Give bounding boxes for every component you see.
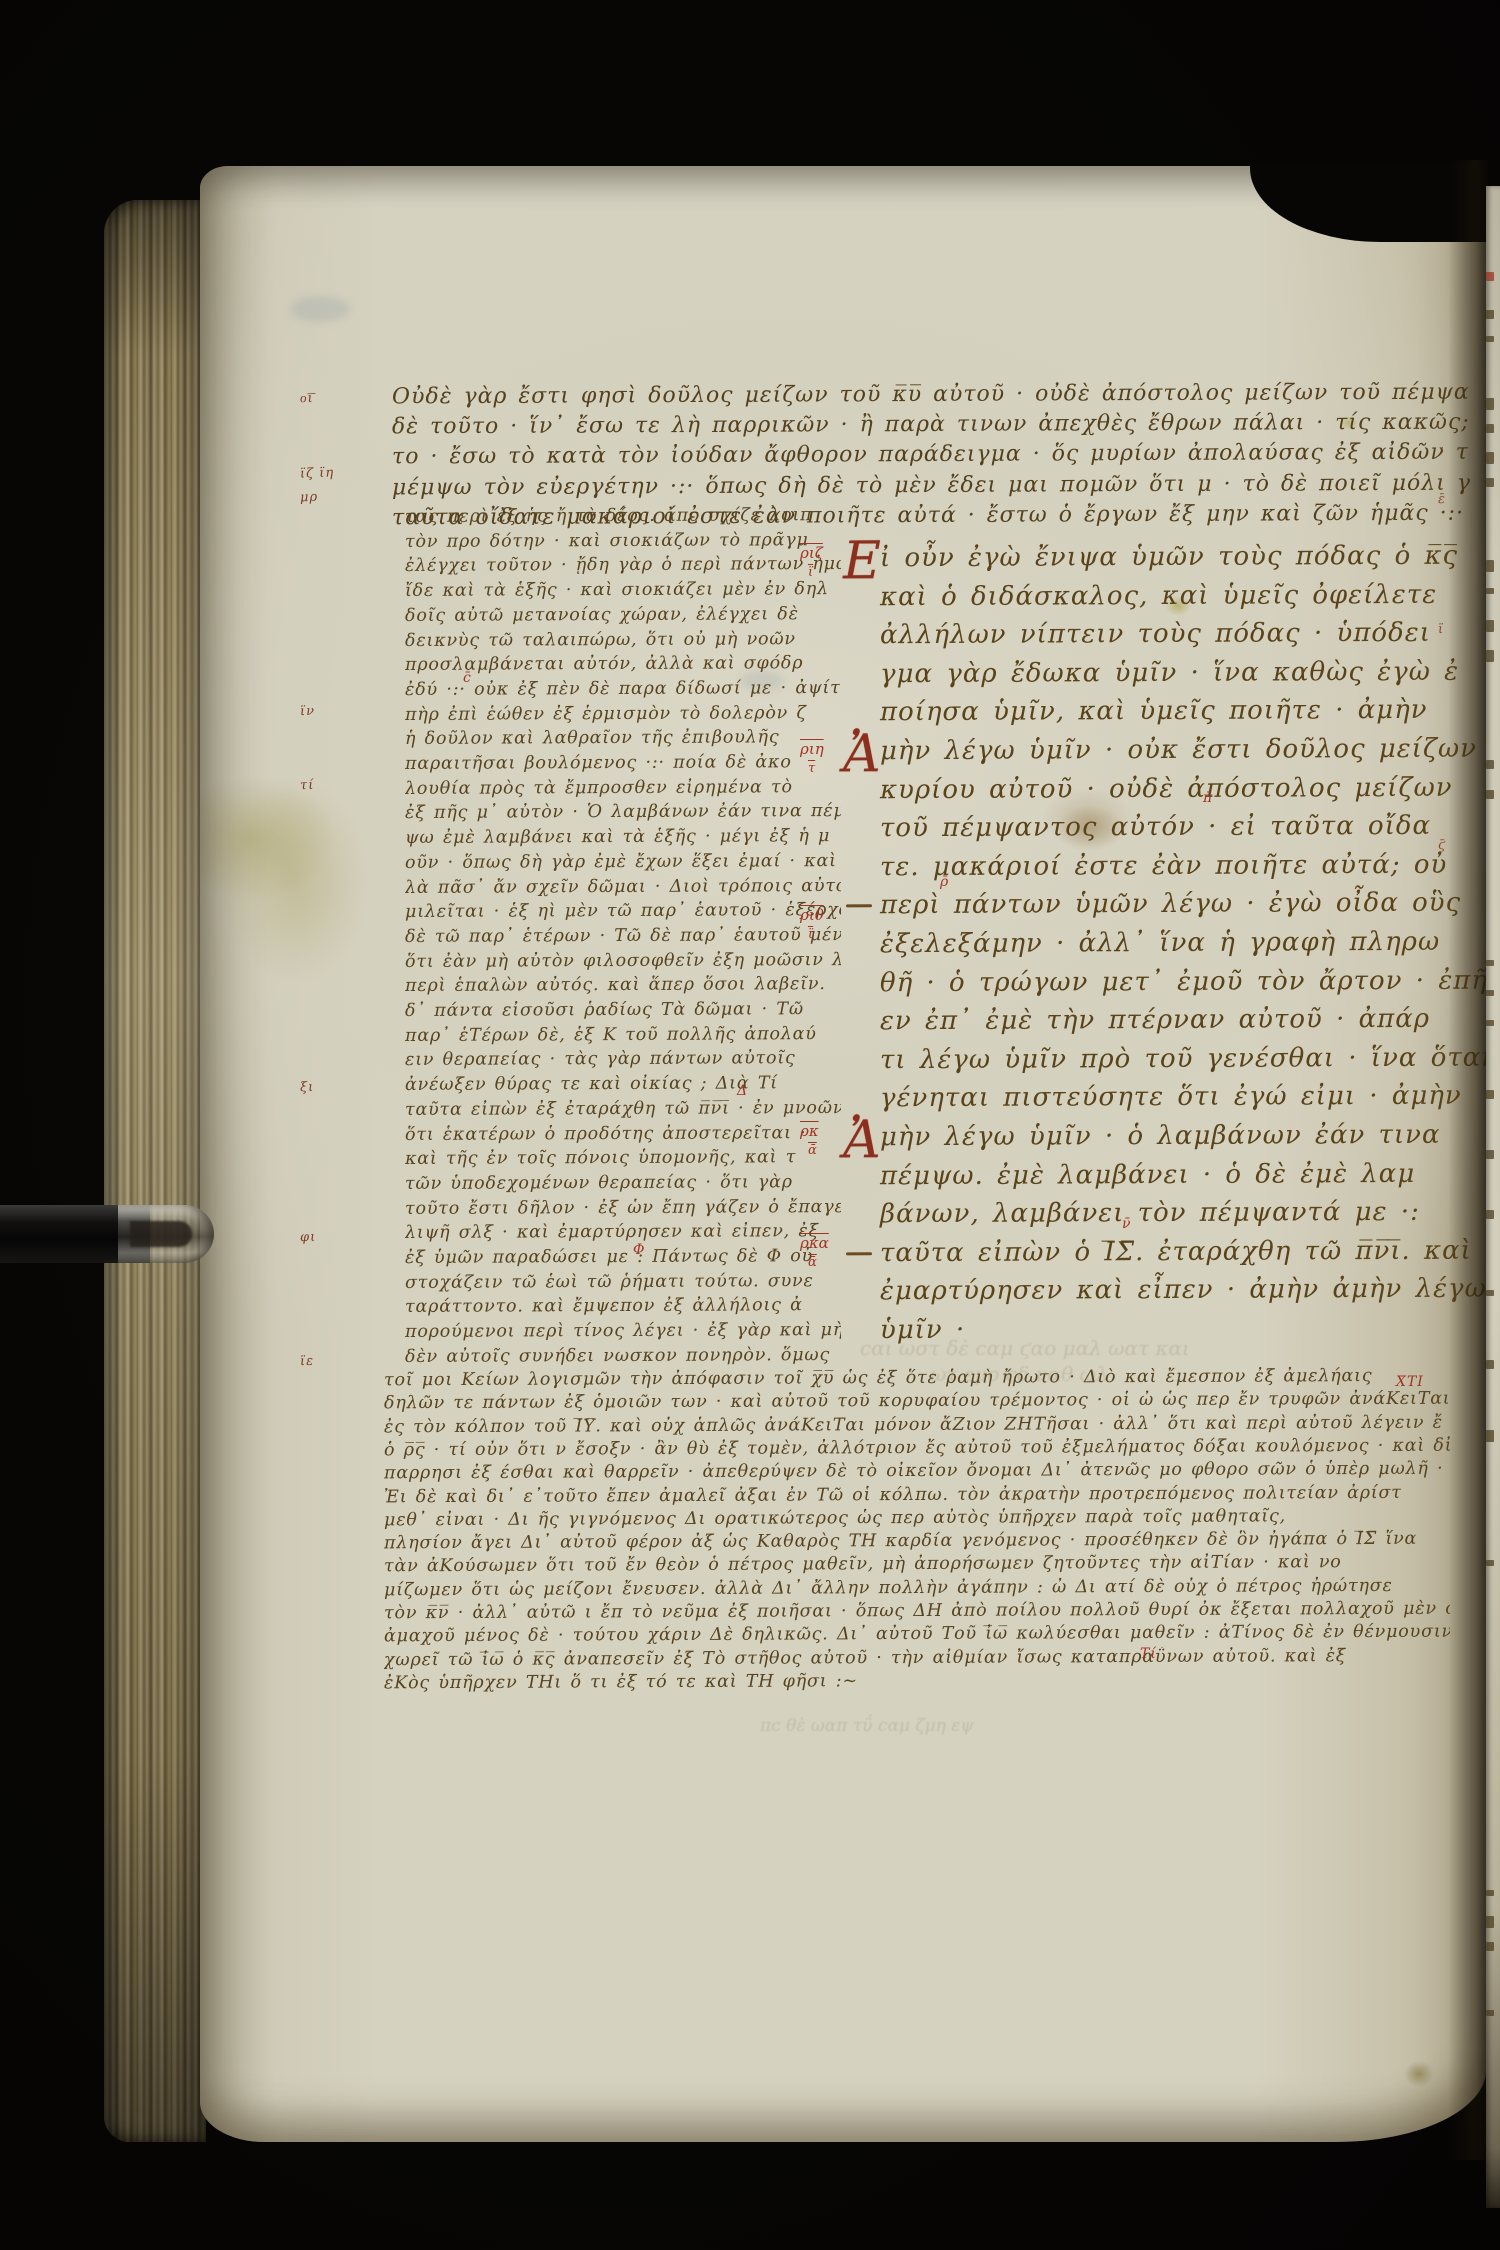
ink-show-through: ϲαι ωστ δὲ ϲαμ ϛαο μαλ ωατ και [860, 1336, 1190, 1360]
glass-clamp-rod [0, 1205, 214, 1263]
rubric-mark: Δ [737, 1083, 748, 1099]
text-line: γμα γὰρ ἔδωκα ὑμῖν · ἵνα καθὼς ἐγὼ ἐ [880, 657, 1446, 689]
rubric-mark: Φ [633, 1242, 645, 1258]
facing-page-text-fragment [1486, 1942, 1494, 1951]
rubric-mark: ϲ̄ [463, 670, 472, 686]
text-line: ταράττοντο. καὶ ἔμψεπον ἐξ ἀλλήλοις ἀ [405, 1295, 841, 1317]
canon-letter: τ [808, 762, 846, 775]
facing-page-text-fragment [1486, 478, 1494, 487]
text-line: ἐξ πῆς μ᾽ αὐτὸν · Ὁ λαμβάνων ἐάν τινα πέ… [405, 801, 841, 823]
rubricated-initial: Ἀ [843, 728, 882, 780]
chapter-number-rubric: ριζϊ [800, 546, 846, 579]
right-margin-siglum: ϊ [1438, 622, 1445, 637]
text-line: μιλεῖται · ἑξ ηὶ μὲν τῶ παρ᾽ ἑαυτοῦ · ἑξ… [405, 900, 841, 922]
facing-page-text-fragment [1486, 452, 1494, 464]
rubric-mark: ν̄ [1122, 1216, 1132, 1232]
text-line: πορούμενοι περὶ τίνος λέγει · ἐξ γὰρ καὶ… [405, 1320, 841, 1342]
text-line: βάνων, λαμβάνει τὸν πέμψαντά με ·: [880, 1197, 1446, 1229]
text-line: λουθία πρὸς τὰ ἔμπροσθεν εἰρημένα τὸ [405, 777, 841, 799]
text-line: εν ἐπ᾽ ἐμὲ τὴν πτέρναν αὐτοῦ · ἀπάρ [880, 1004, 1446, 1036]
facing-page-text-fragment [1486, 790, 1494, 799]
book-fore-edge [104, 200, 206, 2142]
text-line: ἐμαρτύρησεν καὶ εἶπεν · ἀμὴν ἀμὴν λέγω [880, 1274, 1446, 1306]
left-margin-siglum: ο͞ι [300, 390, 314, 406]
text-line: μὴν λέγω ὑμῖν · οὐκ ἔστι δοῦλος μείζων τ… [880, 734, 1446, 766]
text-line: τας περὶ ἐξ ἧς ἤ τὸ δέος. ἀπο σχίζε λοιπ [405, 505, 841, 527]
chapter-number-rubric: ριθϊ [800, 908, 846, 941]
facing-page-red-fragment [1486, 272, 1494, 281]
text-line: ὅτι ἐὰν μὴ αὐτὸν φιλοσοφθεῖν ἐξη μοῶσιν … [405, 950, 841, 972]
facing-page-text-fragment [1486, 588, 1494, 594]
facing-page-text-fragment [1486, 336, 1494, 342]
text-line: δεικνὺς τῶ ταλαιπώρω, ὅτι οὐ μὴ νοῶν [405, 629, 841, 651]
gutter-shadow [1448, 160, 1488, 2160]
facing-page-text-fragment [1486, 424, 1494, 433]
text-line: τι λέγω ὑμῖν πρὸ τοῦ γενέσθαι · ἵνα ὅταν [880, 1043, 1446, 1075]
text-line: ποίησα ὑμῖν, καὶ ὑμεῖς ποιῆτε · ἀμὴν [880, 695, 1446, 727]
text-line: τοῦ πέμψαντος αὐτόν · εἰ ταῦτα οἴδα [880, 811, 1446, 843]
facing-page-text-fragment [1486, 2010, 1494, 2016]
text-line: μὴν λέγω ὑμῖν · ὁ λαμβάνων ἐάν τιναἈ [880, 1120, 1446, 1152]
text-line: χωρεῖ τῶ ἰ̅ω̅ ὁ κ̅ς̅ ἀναπεσεῖν ἐξ Τὸ στῆ… [384, 1645, 1450, 1670]
left-margin-siglum: ξι [300, 1080, 315, 1095]
facing-page-text-fragment [1486, 1430, 1494, 1442]
text-line: ἐξ ὑμῶν παραδώσει με : Πάντως δὲ Φ οὖ [405, 1246, 841, 1268]
text-line: δὲ τοῦτο · ἵν᾽ ἔσω τε λὴ παρρικῶν · ἢ πα… [392, 410, 1470, 440]
clamp-rod-core-shadow [130, 1221, 192, 1247]
text-line: τῶν ὑποδεχομένων θεραπείας · ὅτι γὰρ [405, 1172, 841, 1194]
facing-page-text-fragment [1486, 1090, 1494, 1099]
text-line: παρ᾽ ἑΤέρων δὲ, ἑξ Κ τοῦ πολλῆς ἀπολαύ [405, 1024, 841, 1046]
rubricated-initial: Ἀ [843, 1114, 882, 1166]
text-line: Οὐδὲ γὰρ ἔστι φησὶ δοῦλος μείζων τοῦ κ̅υ… [392, 380, 1470, 410]
text-line: ψω ἐμὲ λαμβάνει καὶ τὰ ἑξῆς · μέγι ἐξ ἡ … [405, 826, 841, 848]
parchment-stain [220, 776, 370, 986]
facing-page-text-fragment [1486, 1290, 1494, 1296]
left-margin-siglum: φι [300, 1230, 317, 1246]
left-margin-siglum: ϊζ ϊη [300, 465, 335, 481]
text-line: ταῦτα εἰπὼν ἐξ ἐταράχθη τῶ π̅ν̅ι̅ · ἐν μ… [405, 1098, 841, 1120]
text-line: στοχάζειν τῶ ἑωὶ τῶ ῥήματι τούτω. συνε [405, 1271, 841, 1293]
right-margin-siglum: ε̄ [1438, 492, 1447, 507]
chapter-number: ριη [800, 740, 824, 758]
chapter-number: ριζ [800, 544, 823, 562]
text-line: λὰ πᾶσ᾽ ἄν σχεῖν δῶμαι · Διοὶ τρόποις αὐ… [405, 876, 841, 898]
text-line: τε. μακάριοί ἐστε ἐὰν ποιῆτε αὐτά; οὐ [880, 850, 1446, 882]
text-line: κυρίου αὐτοῦ · οὐδὲ ἀπόστολος μείζων [880, 772, 1446, 804]
text-line: μίζωμεν ὅτι ὡς μείζονι ἔνευσεν. ἀλλὰ Δι᾽… [384, 1575, 1450, 1600]
text-line: ἡ δοῦλον καὶ λαθραῖον τῆς ἐπιβουλῆς [405, 727, 841, 749]
text-line: πέμψω. ἐμὲ λαμβάνει · ὁ δὲ ἐμὲ λαμ [880, 1158, 1446, 1190]
canon-letter: ϊ [808, 928, 846, 941]
facing-page-text-fragment [1486, 620, 1494, 632]
rubric-mark: π̄ [1203, 790, 1213, 806]
facing-page-text-fragment [1486, 1210, 1494, 1219]
chapter-number: ρκ [800, 1122, 819, 1140]
rubricated-initial: Ε [843, 535, 882, 587]
text-line: δ᾽ πάντα εἰσοῦσι ῥαδίως Τὰ δῶμαι · Τῶ [405, 999, 841, 1021]
facing-page-text-fragment [1486, 1360, 1494, 1369]
text-line: τὸν προ δότην · καὶ σιοκιάζων τὸ πρᾶγμ [405, 530, 841, 552]
facing-page-text-fragment [1486, 1020, 1494, 1026]
facing-page-text-fragment [1486, 310, 1494, 319]
text-line: καὶ ὁ διδάσκαλος, καὶ ὑμεῖς ὀφείλετε [880, 579, 1446, 611]
rubric-mark: Χ̄ΤΙ [1396, 1374, 1424, 1390]
canon-letter: ᾱ [808, 1256, 846, 1269]
right-margin-siglum: ˙ [1438, 446, 1446, 461]
facing-page-text-fragment [1486, 1890, 1494, 1896]
left-margin-siglum: ϊν [300, 704, 316, 720]
facing-page-text-fragment [1486, 990, 1494, 996]
text-line: καὶ τῆς ἐν τοῖς πόνοις ὑπομονῆς, καὶ τ [405, 1147, 841, 1169]
canon-letter: ᾱ [808, 1144, 846, 1157]
facing-page-text-fragment [1486, 960, 1494, 966]
chapter-number-rubric: ριητ [800, 742, 846, 775]
text-line: ἀλλήλων νίπτειν τοὺς πόδας · ὑπόδει [880, 618, 1446, 650]
text-line: οῦν · ὅπως δὴ γὰρ ἐμὲ ἔχων ἕξει ἐμαί · κ… [405, 851, 841, 873]
chapter-number: ριθ [800, 906, 824, 924]
ink-show-through: πϲ θὲ ωαπ τΰ ϲαμ ζμη εψ [760, 1716, 974, 1736]
text-line: ειν θεραπείας · τὰς γὰρ πάντων αὐτοῖς [405, 1048, 841, 1070]
text-line: ταῦτα εἰπὼν ὁ Ι̅Σ̅. ἐταράχθη τῶ π̅ν̅ι̅. … [880, 1236, 1446, 1268]
text-line: παραιτῆσαι βουλόμενος ·:· ποία δὲ ἀκο [405, 752, 841, 774]
chapter-number-rubric: ρκᾱ [800, 1124, 846, 1157]
facing-page-text-fragment [1486, 560, 1494, 572]
rubric-mark: ρ̄ [940, 874, 949, 890]
ink-show-through: ωτ εμο ϲδ ναθ ωλ [930, 1362, 1109, 1386]
text-line: μέμψω τὸν εὐεργέτην ·:· ὅπως δὴ δὲ τὸ μὲ… [392, 470, 1470, 500]
verse-dash-mark [846, 1252, 872, 1255]
facing-page-text-fragment [1486, 760, 1494, 769]
left-margin-siglum: τί [300, 778, 315, 793]
facing-page-sliver [1486, 186, 1500, 2208]
facing-page-text-fragment [1486, 398, 1494, 410]
text-line: τοῦτο ἔστι δῆλον · ἐξ ὧν ἔπη γάζεν ὁ ἔπα… [405, 1197, 841, 1219]
text-line: ἰ οὖν ἐγὼ ἔνιψα ὑμῶν τοὺς πόδας ὁ κ̅ς̅Ε [880, 541, 1446, 573]
facing-page-text-fragment [1486, 650, 1494, 662]
text-line: ἐξελεξάμην · ἀλλ᾽ ἵνα ἡ γραφὴ πληρω [880, 927, 1446, 959]
canon-letter: ϊ [808, 566, 846, 579]
right-margin-siglum: ϛ̄ [1438, 838, 1447, 853]
text-line: ἀνέωξεν θύρας τε καὶ οἰκίας ; Διὰ Τί [405, 1073, 841, 1095]
parchment-stain [1404, 2061, 1434, 2087]
text-line: γένηται πιστεύσητε ὅτι ἐγώ εἰμι · ἀμὴν [880, 1081, 1446, 1113]
chapter-number-rubric: ρκαᾱ [800, 1236, 846, 1269]
text-line: λιψῆ σλξ · καὶ ἐμαρτύρησεν καὶ εἶπεν, ἐξ [405, 1221, 841, 1243]
text-line: δὲ τῶ παρ᾽ ἑτέρων · Τῶ δὲ παρ᾽ ἑαυτοῦ μέ… [405, 925, 841, 947]
chapter-number: ρκα [800, 1234, 829, 1252]
text-line: πὴρ ἐπὶ ἑώθεν ἐξ ἑρμισμὸν τὸ δολερὸν ζ [405, 703, 841, 725]
manuscript-photograph: Οὐδὲ γὰρ ἔστι φησὶ δοῦλος μείζων τοῦ κ̅υ… [0, 0, 1500, 2250]
facing-page-text-fragment [1486, 1560, 1494, 1566]
text-line: ἐς τὸν κόλπον τοῦ Ι̅Υ̅. καὶ οὐχ ἁπλῶς ἀν… [384, 1412, 1450, 1437]
text-line: Ἐι δὲ καὶ δι᾽ ε᾽τοῦτο ἔπεν ἀμαλεῖ ἀξαι ἐ… [384, 1482, 1450, 1507]
text-line: το · ἔσω τὸ κατὰ τὸν ἰούδαν ἄφθορον παρά… [392, 440, 1470, 470]
text-line: δὲν αὐτοῖς συνήδει νωσκον πονηρὸν. ὅμως [405, 1345, 841, 1367]
facing-page-text-fragment [1486, 1916, 1494, 1928]
text-line: ἴδε καὶ τὰ ἑξῆς · καὶ σιοκιάζει μὲν ἐν δ… [405, 579, 841, 601]
text-line: δοῖς αὐτῶ μετανοίας χώραν, ἐλέγχει δὲ [405, 604, 841, 626]
left-margin-siglum: μρ [300, 490, 319, 506]
text-line: ἐλέγχει τοῦτον · ᾔδη γὰρ ὁ περὶ πάντων ἡ… [405, 554, 841, 576]
rubric-mark: Τί [1140, 1646, 1157, 1662]
left-margin-siglum: ϊε [300, 1354, 315, 1369]
text-line: περὶ ἑπαλὼν αὐτός. καὶ ἅπερ ὅσοι λαβεῖν. [405, 974, 841, 996]
facing-page-text-fragment [1486, 1150, 1494, 1159]
ink-smudge [290, 296, 350, 322]
text-line: θῆ · ὁ τρώγων μετ᾽ ἐμοῦ τὸν ἄρτον · ἐπῆρ [880, 965, 1446, 997]
text-line: περὶ πάντων ὑμῶν λέγω · ἐγὼ οἶδα οὓς [880, 888, 1446, 920]
text-line: ὅτι ἑκατέρων ὁ προδότης ἀποστερεῖται · [405, 1123, 841, 1145]
